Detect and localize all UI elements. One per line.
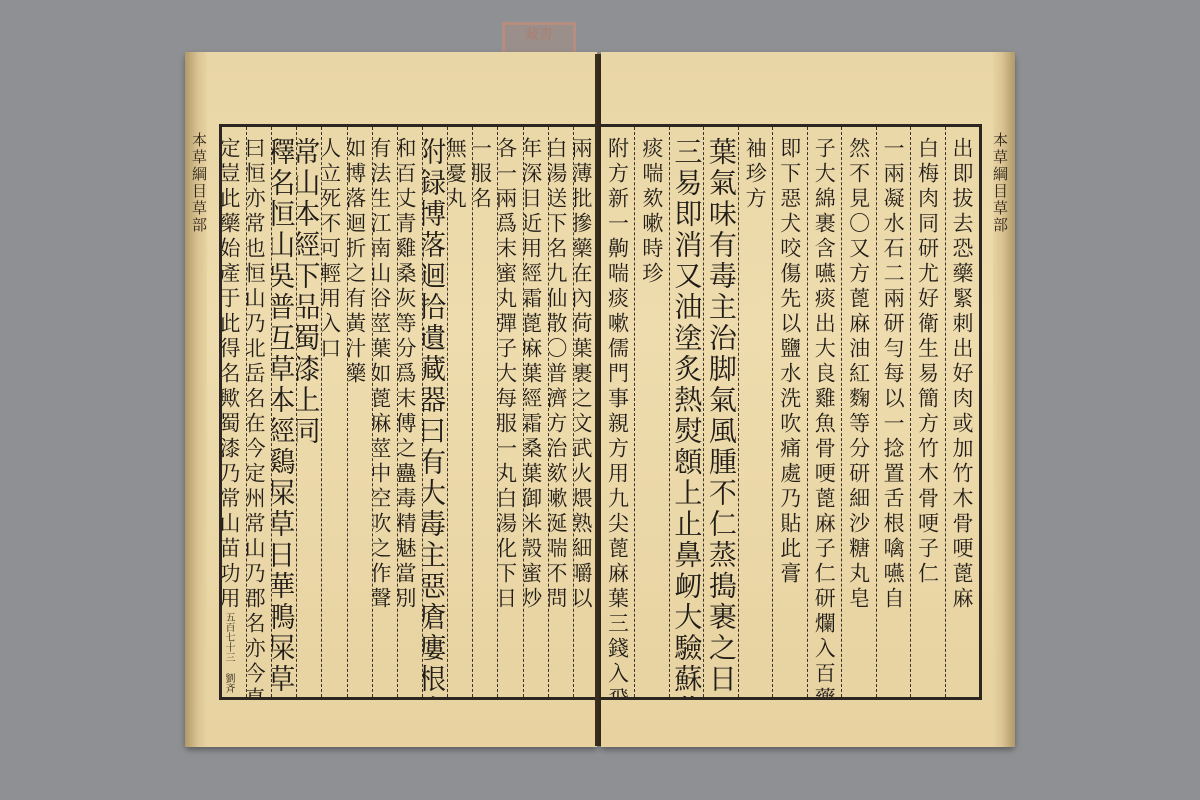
left-page: 本草綱目草部 五百七十三 劉斉 兩薄批摻藥在內荷葉裹之文武火煨熟細嚼以 白湯送下… xyxy=(185,52,597,747)
text-column: 年深日近用經霜蓖麻葉經霜桑葉御米殼蜜炒 xyxy=(523,127,548,697)
text-column-heading: 附録博落迴拾遺藏器曰有大毒主惡瘡瘻根瘤 xyxy=(422,127,447,697)
text-column: 人立死不可輕用入口 xyxy=(321,127,346,697)
text-column: 如博落迴折之有黃汁藥 xyxy=(347,127,372,697)
spine-title-right: 本草綱目草部 xyxy=(990,132,1011,234)
text-column: 定豈此藥始產于此得名歟蜀漆乃常山苗功用 xyxy=(222,127,246,697)
text-column-heading: 葉氣味有毒主治脚氣風腫不仁蒸搗裹之日二 xyxy=(703,127,737,697)
text-column: 子大綿裹含嚥痰出大良雞魚骨哽蓖麻子仁研爛入百藥煎 xyxy=(807,127,841,697)
text-column: 出即拔去恐藥緊刺出好肉或加竹木骨哽蓖麻 xyxy=(945,127,979,697)
text-column: 袖珍方 xyxy=(738,127,772,697)
text-column: 一兩凝水石二兩研勻每以一捻置舌根噙嚥自 xyxy=(876,127,910,697)
text-column: 附方新一齁喘痰嗽儒門事親方用九尖蓖麻葉三錢入飛過白礬二錢以猪肉四 xyxy=(601,127,634,697)
text-column: 各一兩爲末蜜丸彈子大每服一丸白湯化下日 xyxy=(497,127,522,697)
text-column: 痰喘欬嗽時珍 xyxy=(634,127,668,697)
spine-title-left: 本草綱目草部 xyxy=(189,132,210,234)
left-text-frame: 兩薄批摻藥在內荷葉裹之文武火煨熟細嚼以 白湯送下名九仙散〇普濟方治欬嗽涎喘不問 … xyxy=(219,124,598,700)
text-column: 有法生江南山谷莖葉如蓖麻莖中空吹之作聲 xyxy=(372,127,397,697)
text-column: 即下惡犬咬傷先以鹽水洗吹痛處乃貼此膏 xyxy=(772,127,806,697)
text-column: 白梅肉同研尤好衛生易簡方竹木骨哽子仁 xyxy=(910,127,944,697)
entry-title-column: 常山本經下品蜀漆上同 xyxy=(296,127,321,697)
right-page: 本草綱目草部 出即拔去恐藥緊刺出好肉或加竹木骨哽蓖麻 白梅肉同研尤好衛生易簡方竹… xyxy=(601,52,1015,747)
text-column: 然不見〇又方蓖麻油紅麴等分研細沙糖丸皂 xyxy=(841,127,875,697)
text-column: 和百丈青雞桑灰等分爲末傅之蠱毒精魅當別 xyxy=(397,127,422,697)
text-column: 白湯送下名九仙散〇普濟方治欬嗽涎喘不問 xyxy=(548,127,573,697)
right-text-frame: 出即拔去恐藥緊刺出好肉或加竹木骨哽蓖麻 白梅肉同研尤好衛生易簡方竹木骨哽子仁 一… xyxy=(601,124,982,700)
text-column: 一服名 xyxy=(472,127,497,697)
text-column: 曰恒亦常也恒山乃北岳名在今定州常山乃郡名亦今真 xyxy=(246,127,271,697)
open-book: 本草綱目草部 五百七十三 劉斉 兩薄批摻藥在內荷葉裹之文武火煨熟細嚼以 白湯送下… xyxy=(185,52,1015,752)
text-column: 無憂丸 xyxy=(447,127,472,697)
text-column: 三易即消又油塗炙熱熨顖上止鼻衂大驗蘇恭 xyxy=(669,127,703,697)
text-column-heading: 釋名恒山吳普互草本經鷄屎草日華鴨屎草日華 xyxy=(271,127,296,697)
